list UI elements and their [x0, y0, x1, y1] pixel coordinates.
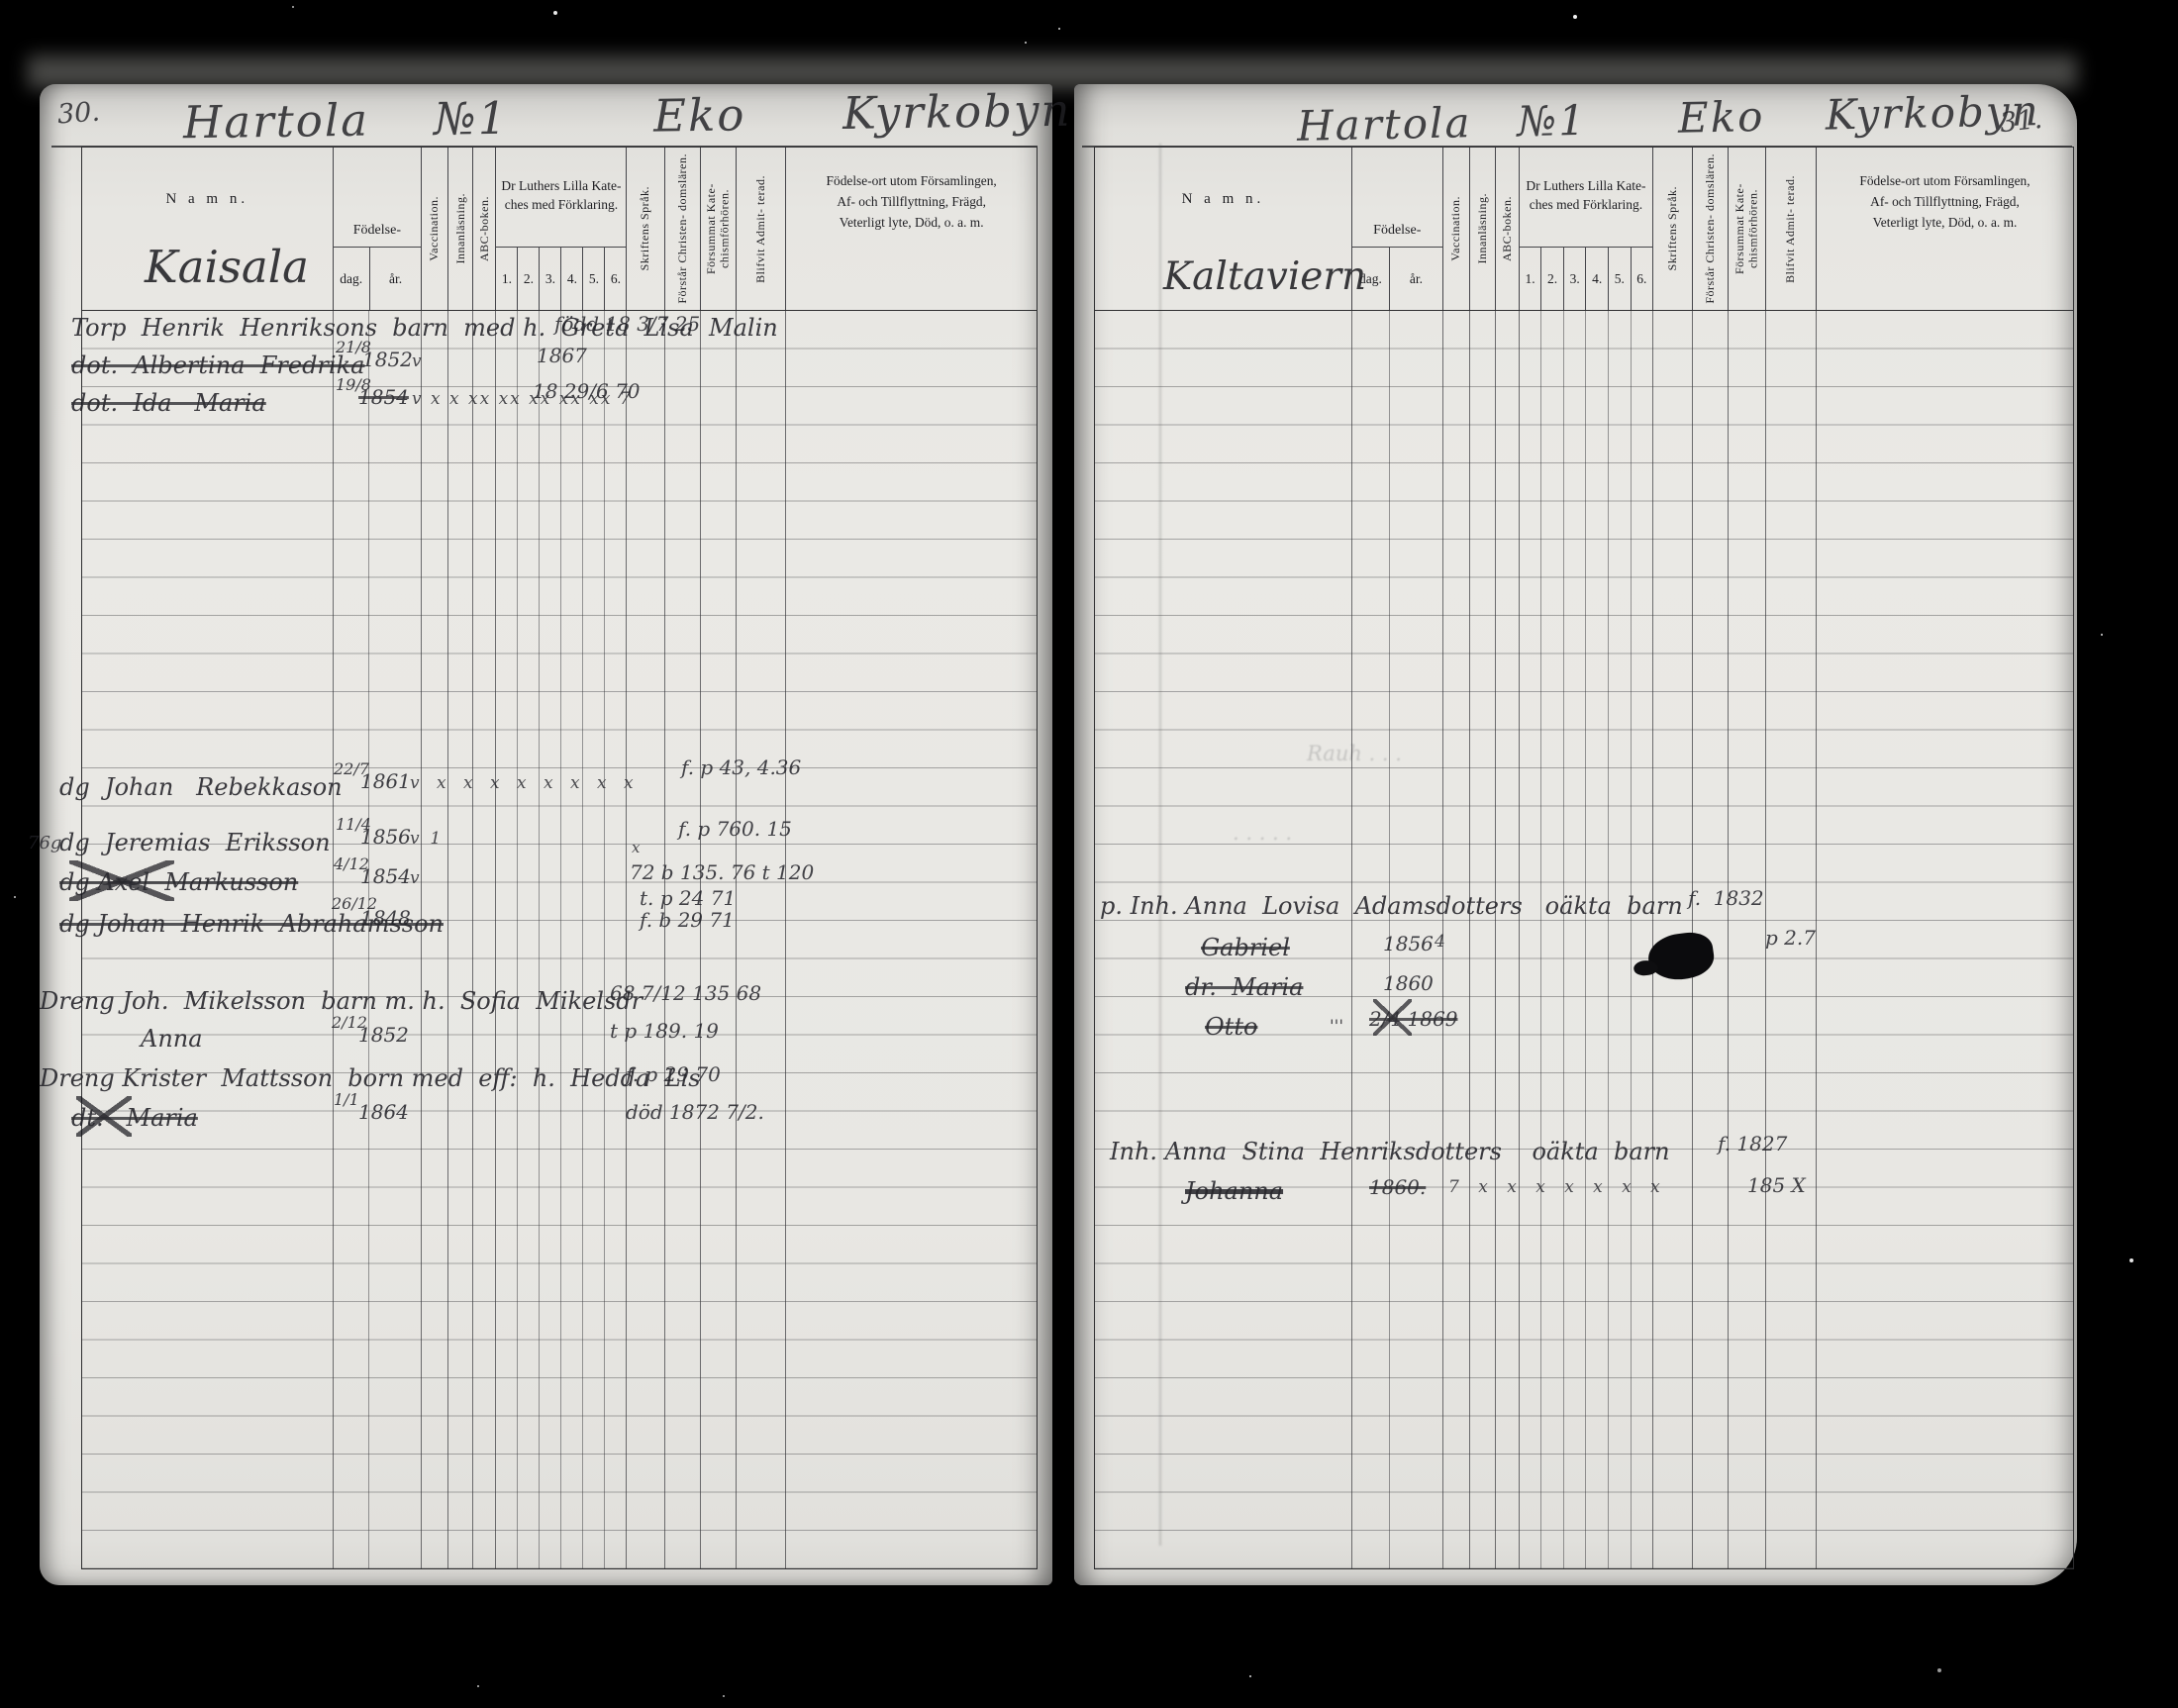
handwritten-note: f. b 29 71	[640, 908, 735, 932]
handwritten-date: 1852	[358, 1023, 409, 1047]
handwritten-name: Inh. Anna Stina Henriksdotters oäkta bar…	[1110, 1138, 1670, 1165]
handwritten-entries-layer-right: Rauh . . .. . . . .p. Inh. Anna Lovisa A…	[1074, 84, 2077, 1585]
handwritten-date: 1856	[360, 825, 411, 849]
handwritten-ghost: Rauh . . .	[1307, 742, 1402, 765]
handwritten-name: dg Axel Markusson	[59, 868, 298, 896]
handwritten-marks: 7 x x x x x x x	[1448, 1177, 1667, 1197]
left-page: 30. Hartola №1 Eko Kyrkobyn N a m n.Föde…	[40, 84, 1052, 1585]
handwritten-name: p. Inh. Anna Lovisa Adamsdotters oäkta b…	[1100, 892, 1683, 920]
handwritten-marks: v 1	[410, 829, 441, 849]
handwritten-date: 1848	[360, 906, 411, 930]
handwritten-name: Dreng Joh. Mikelsson barn m. h. Sofia Mi…	[40, 987, 643, 1015]
handwritten-marks: v	[410, 868, 420, 888]
handwritten-date: 1852	[362, 348, 413, 371]
handwritten-date: 1861	[360, 769, 411, 793]
handwritten-name: Otto	[1205, 1013, 1257, 1041]
right-page: 31. Hartola №1 Eko Kyrkobyn N a m n.Föde…	[1074, 84, 2077, 1585]
book-spread: 30. Hartola №1 Eko Kyrkobyn N a m n.Föde…	[0, 0, 2178, 1708]
handwritten-note: död 1872 7/2.	[626, 1100, 764, 1124]
handwritten-date: 1854	[360, 864, 411, 888]
handwritten-name: Gabriel	[1201, 934, 1290, 961]
handwritten-marks: v	[412, 352, 422, 371]
handwritten-note: p 2.7	[1765, 926, 1816, 950]
handwritten-note: 68 7/12 135 68	[610, 981, 761, 1005]
handwritten-marks: '''	[1330, 1017, 1343, 1037]
handwritten-name: dg Jeremias Eriksson	[59, 829, 331, 856]
handwritten-date: 1860	[1383, 971, 1434, 995]
handwritten-note: t. p 24 71	[640, 886, 736, 910]
handwritten-date: 1860.	[1369, 1175, 1426, 1199]
handwritten-date: 1856	[1383, 932, 1434, 955]
handwritten-name: dr. Maria	[1185, 973, 1303, 1001]
handwritten-note: f. p 760. 15	[678, 817, 792, 841]
handwritten-note: f. 1827	[1718, 1132, 1787, 1155]
handwritten-note: f. p 29 70	[626, 1062, 721, 1086]
handwritten-name: Johanna	[1185, 1177, 1283, 1205]
handwritten-marks: 4	[1435, 932, 1445, 952]
handwritten-date: 1/1	[334, 1090, 359, 1109]
handwritten-note: t p 189. 19	[610, 1019, 719, 1043]
handwritten-margin: 76g	[28, 833, 61, 854]
handwritten-name: dg Johan Rebekkason	[59, 773, 343, 801]
handwritten-note: f. p 43, 4.36	[681, 755, 801, 779]
handwritten-note: 1867	[537, 344, 587, 367]
handwritten-note: f. 1832	[1688, 886, 1764, 910]
handwritten-name: Dreng Krister Mattsson born med eff: h. …	[40, 1064, 701, 1092]
handwritten-date: 1864	[358, 1100, 409, 1124]
handwritten-date: 2/4 1869	[1369, 1007, 1457, 1031]
handwritten-note: 18 29/6 70	[533, 379, 641, 403]
handwritten-ghost: . . . . .	[1233, 821, 1292, 845]
handwritten-name: dot. Albertina Fredrika	[71, 352, 364, 379]
handwritten-name: dt. Maria	[71, 1104, 198, 1132]
handwritten-name: Anna	[141, 1025, 203, 1053]
handwritten-note: född 18 3/7 25	[554, 312, 700, 336]
handwritten-marks: v x x x x x x x x	[410, 773, 640, 793]
handwritten-marks: x	[632, 839, 640, 856]
handwritten-entries-layer-left: Torp Henrik Henriksons barn med h. Greta…	[40, 84, 1052, 1585]
handwritten-name: dot. Ida Maria	[71, 389, 266, 417]
handwritten-note: 185 X	[1747, 1173, 1806, 1197]
handwritten-date: 1854	[358, 385, 409, 409]
dust-specks	[0, 0, 2, 2]
handwritten-note: 72 b 135. 76 t 120	[630, 860, 814, 884]
